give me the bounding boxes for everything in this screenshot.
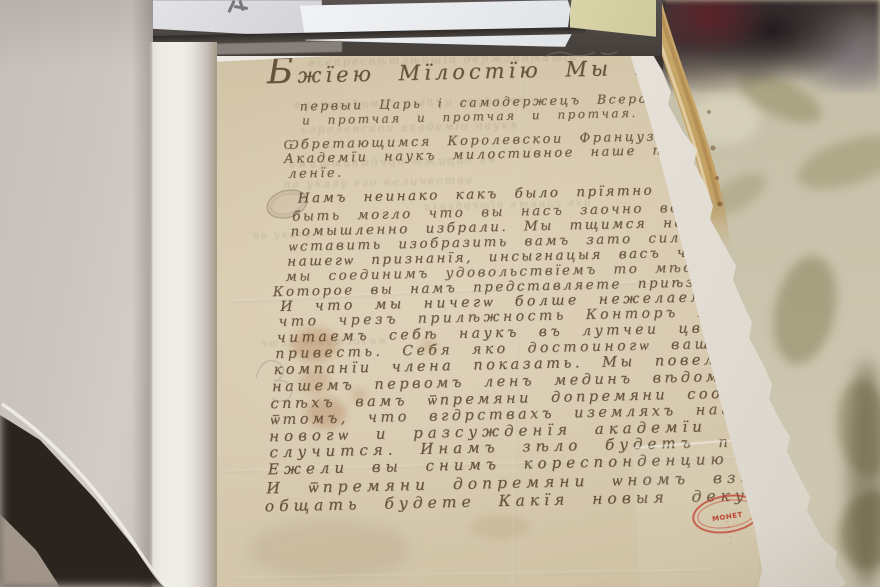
photo-scene: всепресвѣтлѣишїи державнѣишїи государь ц… xyxy=(0,0,880,587)
pencil-inscription xyxy=(545,52,617,57)
folder-flap-edge xyxy=(2,404,170,587)
ghost-monogram xyxy=(256,360,292,401)
overlay-marks xyxy=(0,0,880,587)
